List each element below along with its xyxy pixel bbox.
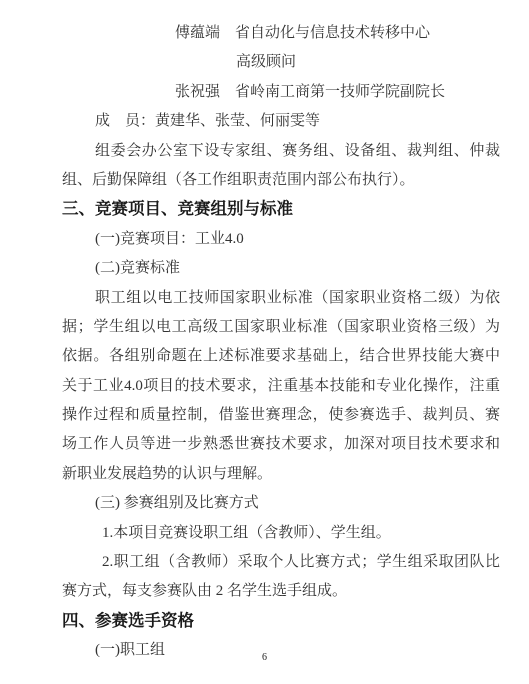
document-page: 傅蕴端 省自动化与信息技术转移中心 高级顾问 张祝强 省岭南工商第一技师学院副院…: [0, 0, 529, 684]
standard-paragraph-line-4: 关于工业4.0项目的技术要求，注重基本技能和专业化操作，注重: [62, 372, 500, 401]
committee-advisor-name-2: 张祝强 省岭南工商第一技师学院副院长: [62, 78, 500, 107]
section-4-heading: 四、参赛选手资格: [62, 607, 500, 636]
standard-paragraph-line-2: 据；学生组以电工高级工国家职业标准（国家职业资格三级）为: [62, 313, 500, 342]
list-item-2-line-2: 赛方式，每支参赛队由 2 名学生选手组成。: [62, 577, 500, 606]
standard-paragraph-line-3: 依据。各组别命题在上述标准要求基础上，结合世界技能大赛中: [62, 342, 500, 371]
page-number: 6: [0, 652, 529, 663]
office-paragraph-line-2: 组、后勤保障组（各工作组职责范围内部公布执行）。: [62, 166, 500, 195]
committee-members-line: 成 员：黄建华、张莹、何丽雯等: [62, 107, 500, 136]
item-competition-standard: (二)竞赛标准: [62, 254, 500, 283]
standard-paragraph-line-1: 职工组以电工技师国家职业标准（国家职业资格二级）为依: [62, 284, 500, 313]
item-groups-and-format: (三) 参赛组别及比赛方式: [62, 489, 500, 518]
standard-paragraph-line-5: 操作过程和质量控制，借鉴世赛理念，使参赛选手、裁判员、赛: [62, 401, 500, 430]
section-3-heading: 三、竞赛项目、竞赛组别与标准: [62, 195, 500, 224]
committee-advisor-name-1: 傅蕴端 省自动化与信息技术转移中心: [62, 19, 500, 48]
list-item-1: 1.本项目竞赛设职工组（含教师）、学生组。: [62, 519, 500, 548]
standard-paragraph-line-7: 新职业发展趋势的认识与理解。: [62, 460, 500, 489]
office-paragraph-line-1: 组委会办公室下设专家组、赛务组、设备组、裁判组、仲裁: [62, 137, 500, 166]
standard-paragraph-line-6: 场工作人员等进一步熟悉世赛技术要求，加深对项目技术要求和: [62, 430, 500, 459]
list-item-2-line-1: 2.职工组（含教师）采取个人比赛方式；学生组采取团队比: [62, 548, 500, 577]
document-body: 傅蕴端 省自动化与信息技术转移中心 高级顾问 张祝强 省岭南工商第一技师学院副院…: [62, 19, 500, 666]
committee-advisor-title-1: 高级顾问: [62, 48, 500, 77]
item-competition-project: (一)竞赛项目：工业4.0: [62, 225, 500, 254]
